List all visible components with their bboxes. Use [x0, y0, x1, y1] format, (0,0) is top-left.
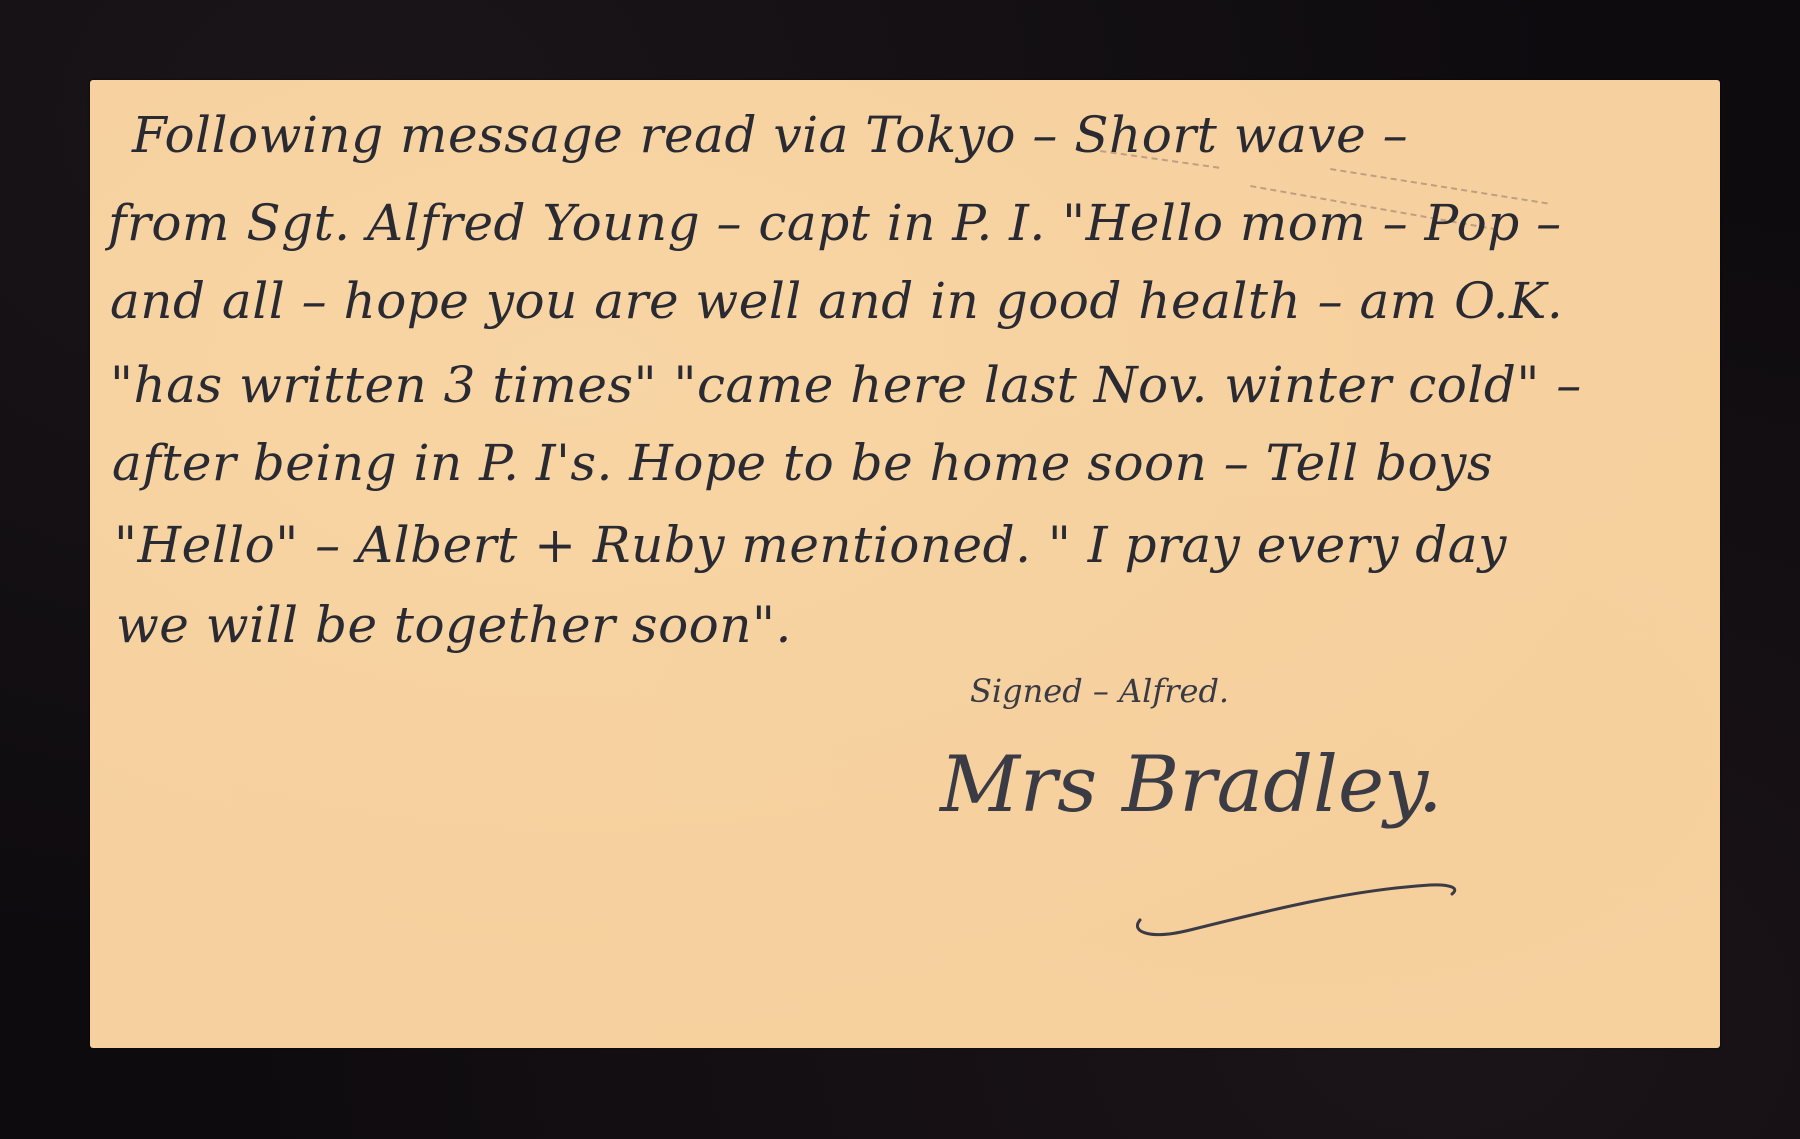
message-line-6: "Hello" – Albert + Ruby mentioned. " I p… [114, 520, 1507, 570]
message-line-7: we will be together soon". [116, 600, 792, 650]
message-line-2: from Sgt. Alfred Young – capt in P. I. "… [108, 198, 1562, 248]
signed-line: Signed – Alfred. [970, 672, 1229, 710]
message-line-4: "has written 3 times" "came here last No… [110, 360, 1582, 410]
message-line-1: Following message read via Tokyo – Short… [132, 110, 1408, 160]
message-line-3: and all – hope you are well and in good … [110, 276, 1563, 326]
signature: Mrs Bradley. [940, 740, 1443, 830]
postcard: Following message read via Tokyo – Short… [90, 80, 1720, 1048]
signature-underline-flourish [1130, 870, 1470, 950]
message-line-5: after being in P. I's. Hope to be home s… [112, 438, 1493, 488]
